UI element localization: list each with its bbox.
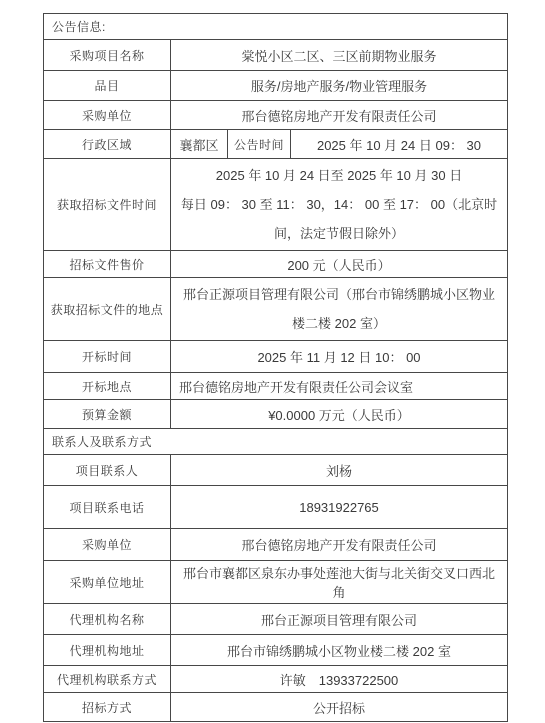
row-bid-doc-location-value: 邢台正源项目管理有限公司（邢台市锦绣鹏城小区物业楼二楼 202 室） xyxy=(171,278,507,340)
row-project-name-value: 棠悦小区二区、三区前期物业服务 xyxy=(171,40,507,70)
row-purchaser-label: 采购单位 xyxy=(44,101,171,129)
row-project-phone-label: 项目联系电话 xyxy=(44,486,171,528)
row-bid-doc-location-value-line: 邢台正源项目管理有限公司（邢台市锦绣鹏城小区物业楼二楼 202 室） xyxy=(179,280,499,338)
row-agency-address: 代理机构地址邢台市锦绣鹏城小区物业楼二楼 202 室 xyxy=(44,635,507,666)
row-region-and-publish-time: 行政区域襄都区公告时间2025 年 10 月 24 日 09： 30 xyxy=(44,130,507,159)
row-purchaser: 采购单位邢台德铭房地产开发有限责任公司 xyxy=(44,101,507,130)
row-bid-doc-location: 获取招标文件的地点邢台正源项目管理有限公司（邢台市锦绣鹏城小区物业楼二楼 202… xyxy=(44,278,507,341)
row-category: 品目服务/房地产服务/物业管理服务 xyxy=(44,71,507,101)
section-contact-info: 联系人及联系方式 xyxy=(44,429,507,455)
row-agency-contact-label: 代理机构联系方式 xyxy=(44,666,171,692)
row-purchaser-address-label: 采购单位地址 xyxy=(44,561,171,603)
row-agency-name-value: 邢台正源项目管理有限公司 xyxy=(171,604,507,634)
row-agency-contact: 代理机构联系方式许敏 13933722500 xyxy=(44,666,507,693)
row-purchaser-2: 采购单位邢台德铭房地产开发有限责任公司 xyxy=(44,529,507,561)
row-agency-address-value: 邢台市锦绣鹏城小区物业楼二楼 202 室 xyxy=(171,635,507,665)
row-purchaser-address-value: 邢台市襄都区泉东办事处莲池大街与北关街交叉口西北角 xyxy=(171,561,507,603)
row-purchaser-2-value: 邢台德铭房地产开发有限责任公司 xyxy=(171,529,507,560)
row-bid-doc-obtain-time-value-line: 每日 09： 30 至 11： 30，14： 00 至 17： 00（北京时间，… xyxy=(179,190,499,248)
row-bidding-method: 招标方式公开招标 xyxy=(44,693,507,721)
row-agency-name: 代理机构名称邢台正源项目管理有限公司 xyxy=(44,604,507,635)
row-budget-amount-label: 预算金额 xyxy=(44,400,171,428)
row-bid-doc-obtain-time: 获取招标文件时间2025 年 10 月 24 日至 2025 年 10 月 30… xyxy=(44,159,507,251)
row-bid-opening-location-value: 邢台德铭房地产开发有限责任公司会议室 xyxy=(171,373,507,399)
announcement-table: 公告信息:采购项目名称棠悦小区二区、三区前期物业服务品目服务/房地产服务/物业管… xyxy=(43,13,508,722)
row-category-label: 品目 xyxy=(44,71,171,100)
row-bidding-method-label: 招标方式 xyxy=(44,693,171,721)
row-project-contact: 项目联系人刘杨 xyxy=(44,455,507,486)
row-project-phone: 项目联系电话18931922765 xyxy=(44,486,507,529)
row-budget-amount-value: ¥0.0000 万元（人民币） xyxy=(171,400,507,428)
row-region-and-publish-time-value1: 襄都区 xyxy=(171,130,228,158)
row-project-name: 采购项目名称棠悦小区二区、三区前期物业服务 xyxy=(44,40,507,71)
row-agency-address-label: 代理机构地址 xyxy=(44,635,171,665)
row-project-contact-value: 刘杨 xyxy=(171,455,507,485)
row-bid-opening-time-value: 2025 年 11 月 12 日 10： 00 xyxy=(171,341,507,372)
row-budget-amount: 预算金额¥0.0000 万元（人民币） xyxy=(44,400,507,429)
row-purchaser-address: 采购单位地址邢台市襄都区泉东办事处莲池大街与北关街交叉口西北角 xyxy=(44,561,507,604)
row-bid-doc-obtain-time-value: 2025 年 10 月 24 日至 2025 年 10 月 30 日每日 09：… xyxy=(171,159,507,250)
row-bid-opening-time-label: 开标时间 xyxy=(44,341,171,372)
row-bid-doc-price-value: 200 元（人民币） xyxy=(171,251,507,277)
row-bidding-method-value: 公开招标 xyxy=(171,693,507,721)
row-region-and-publish-time-label2: 公告时间 xyxy=(228,130,291,158)
row-bid-doc-location-label: 获取招标文件的地点 xyxy=(44,278,171,340)
row-bid-opening-location-label: 开标地点 xyxy=(44,373,171,399)
row-project-contact-label: 项目联系人 xyxy=(44,455,171,485)
row-bid-doc-obtain-time-value-line: 2025 年 10 月 24 日至 2025 年 10 月 30 日 xyxy=(216,161,462,190)
row-purchaser-2-label: 采购单位 xyxy=(44,529,171,560)
row-bid-doc-price-label: 招标文件售价 xyxy=(44,251,171,277)
row-bid-doc-obtain-time-label: 获取招标文件时间 xyxy=(44,159,171,250)
row-bid-opening-location: 开标地点邢台德铭房地产开发有限责任公司会议室 xyxy=(44,373,507,400)
row-region-and-publish-time-value2: 2025 年 10 月 24 日 09： 30 xyxy=(291,130,507,158)
row-bid-opening-time: 开标时间2025 年 11 月 12 日 10： 00 xyxy=(44,341,507,373)
row-project-phone-value: 18931922765 xyxy=(171,486,507,528)
row-purchaser-value: 邢台德铭房地产开发有限责任公司 xyxy=(171,101,507,129)
row-region-and-publish-time-label: 行政区域 xyxy=(44,130,171,158)
section-contact-info-text: 联系人及联系方式 xyxy=(44,429,507,454)
section-announcement-info: 公告信息: xyxy=(44,14,507,40)
row-project-name-label: 采购项目名称 xyxy=(44,40,171,70)
section-announcement-info-text: 公告信息: xyxy=(44,14,507,39)
row-category-value: 服务/房地产服务/物业管理服务 xyxy=(171,71,507,100)
row-bid-doc-price: 招标文件售价200 元（人民币） xyxy=(44,251,507,278)
row-agency-contact-value: 许敏 13933722500 xyxy=(171,666,507,692)
announcement-page: 公告信息:采购项目名称棠悦小区二区、三区前期物业服务品目服务/房地产服务/物业管… xyxy=(0,0,545,723)
row-agency-name-label: 代理机构名称 xyxy=(44,604,171,634)
